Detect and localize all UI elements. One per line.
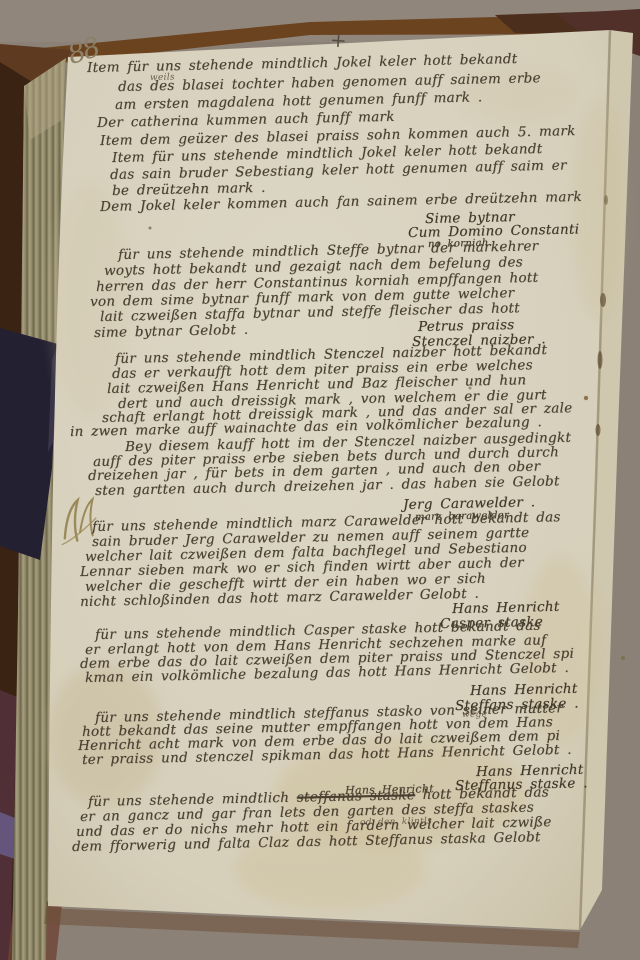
manuscript-photo: 88 + Item für uns stehende mindtlich Jok…: [0, 0, 640, 960]
manuscript-line: sime bytnar Gelobt .: [94, 324, 249, 341]
handwriting-layer: Item für uns stehende mindtlich Jokel ke…: [0, 0, 640, 960]
manuscript-line: am ersten magdalena hott genumen funff m…: [115, 91, 483, 112]
